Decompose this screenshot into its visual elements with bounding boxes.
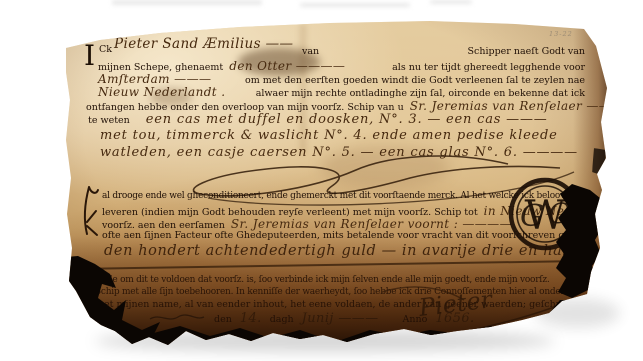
printed-line: voorſz. aen den eerſamen Sr. Jeremias va… <box>102 217 512 231</box>
printed-text: Schipper naeſt Godt van <box>468 46 585 57</box>
handwritten-day: 14. <box>240 311 262 326</box>
signature-name: Pieter <box>416 285 495 322</box>
printed-line: Nieuw Nederlandt . alwaer mijn rechte on… <box>98 85 585 99</box>
scan-background: 13-22 I Ck Pieter Sand Æmilius —— van Sc… <box>0 0 643 361</box>
scanner-smudge <box>430 0 472 4</box>
handwritten-consignee: Sr. Jeremias van Renſelaer voornt : ———— <box>231 217 512 231</box>
cargo-line: te weten een cas met duffel en doosken, … <box>88 112 548 127</box>
handwritten-destination: Nieuw Nederlandt . <box>98 85 225 99</box>
illegible-place-scribble <box>148 312 206 322</box>
handwritten-shipper-name: Sr. Jeremias van Renſelaer ——— <box>410 99 624 113</box>
printed-line: mijnen Schepe, ghenaemt den Otter ———— a… <box>98 59 585 73</box>
bill-of-lading-document: 13-22 I Ck Pieter Sand Æmilius —— van Sc… <box>0 0 643 361</box>
scanner-smudge <box>300 3 410 7</box>
handwritten-cargo: een cas met duffel en doosken, N°. 3. — … <box>146 112 548 127</box>
printed-text: van <box>302 46 319 57</box>
handwritten-port: Amſterdam ——— <box>98 72 211 86</box>
archive-note: 13-22 <box>549 30 573 38</box>
printed-line: ontfangen hebbe onder den overloop van m… <box>86 99 624 113</box>
printed-text: Ck <box>99 44 112 55</box>
handwritten-cargo: met tou, timmerck & waslicht N°. 4. ende… <box>100 128 558 143</box>
printed-text: dagh <box>270 314 294 325</box>
scanner-smudge <box>112 0 262 5</box>
printed-text: te weten <box>88 115 130 126</box>
opening-initial-I: I <box>84 42 95 70</box>
handwritten-skipper-name: Pieter Sand Æmilius —— <box>114 36 293 52</box>
printed-text: alwaer mijn rechte ontladinghe zijn ſal,… <box>256 88 585 99</box>
merchant-mark <box>76 184 100 240</box>
printed-line: Amſterdam ——— om met den eerſten goeden … <box>98 72 585 86</box>
printed-text: den <box>214 314 232 325</box>
handwritten-ship-name: den Otter ———— <box>229 59 345 73</box>
monogram-letter-w: W <box>524 193 565 239</box>
